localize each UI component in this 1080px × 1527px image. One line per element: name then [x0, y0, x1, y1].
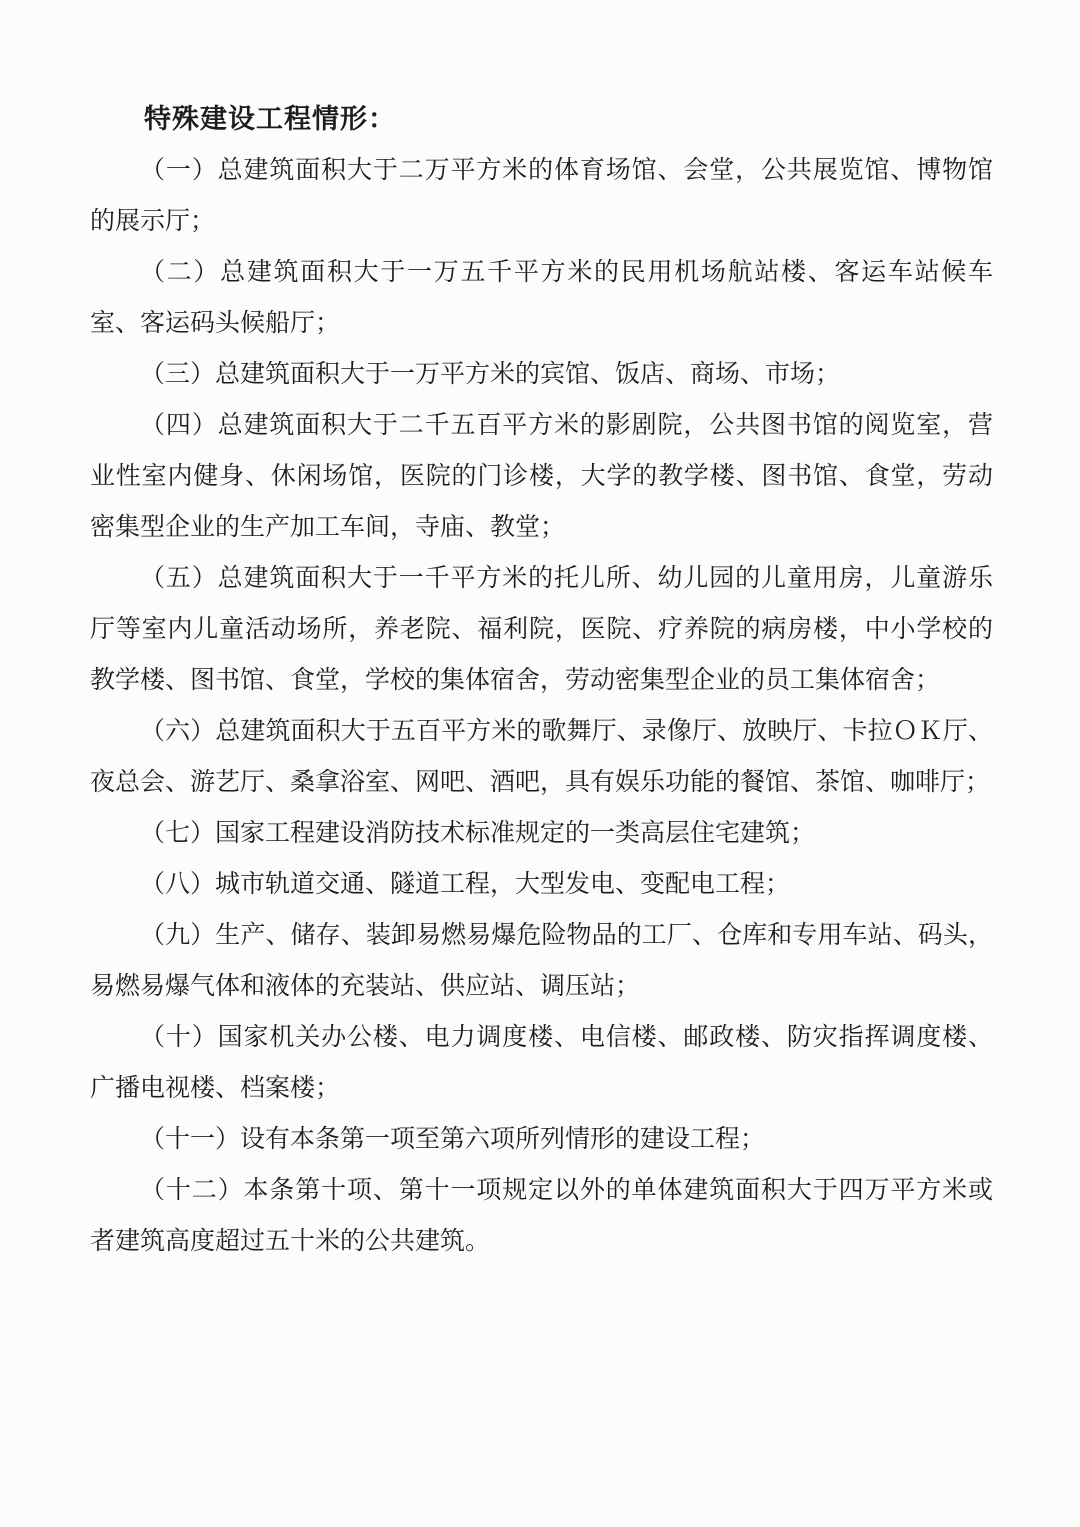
- clause-line: 业性室内健身、休闲场馆，医院的门诊楼，大学的教学楼、图书馆、食堂，劳动: [90, 451, 993, 502]
- clause-2: （二）总建筑面积大于一万五千平方米的民用机场航站楼、客运车站候车 室、客运码头候…: [90, 247, 993, 349]
- clause-line: 的展示厅；: [90, 196, 993, 247]
- clause-line: 者建筑高度超过五十米的公共建筑。: [90, 1216, 993, 1267]
- clause-6: （六）总建筑面积大于五百平方米的歌舞厅、录像厅、放映厅、卡拉ＯＫ厅、 夜总会、游…: [90, 706, 993, 808]
- clause-line: （十）国家机关办公楼、电力调度楼、电信楼、邮政楼、防灾指挥调度楼、: [90, 1012, 993, 1063]
- clause-line: （十一）设有本条第一项至第六项所列情形的建设工程；: [90, 1114, 993, 1165]
- clause-line: （一）总建筑面积大于二万平方米的体育场馆、会堂，公共展览馆、博物馆: [90, 145, 993, 196]
- clause-line: （八）城市轨道交通、隧道工程，大型发电、变配电工程；: [90, 859, 993, 910]
- clause-line: 教学楼、图书馆、食堂，学校的集体宿舍，劳动密集型企业的员工集体宿舍；: [90, 655, 993, 706]
- clause-line: （十二）本条第十项、第十一项规定以外的单体建筑面积大于四万平方米或: [90, 1165, 993, 1216]
- clause-line: （二）总建筑面积大于一万五千平方米的民用机场航站楼、客运车站候车: [90, 247, 993, 298]
- clause-9: （九）生产、储存、装卸易燃易爆危险物品的工厂、仓库和专用车站、码头， 易燃易爆气…: [90, 910, 993, 1012]
- clause-12: （十二）本条第十项、第十一项规定以外的单体建筑面积大于四万平方米或 者建筑高度超…: [90, 1165, 993, 1267]
- document-heading: 特殊建设工程情形：: [90, 94, 993, 145]
- clause-10: （十）国家机关办公楼、电力调度楼、电信楼、邮政楼、防灾指挥调度楼、 广播电视楼、…: [90, 1012, 993, 1114]
- clause-line: 厅等室内儿童活动场所，养老院、福利院，医院、疗养院的病房楼，中小学校的: [90, 604, 993, 655]
- clause-11: （十一）设有本条第一项至第六项所列情形的建设工程；: [90, 1114, 993, 1165]
- clause-line: （九）生产、储存、装卸易燃易爆危险物品的工厂、仓库和专用车站、码头，: [90, 910, 993, 961]
- clause-5: （五）总建筑面积大于一千平方米的托儿所、幼儿园的儿童用房，儿童游乐 厅等室内儿童…: [90, 553, 993, 706]
- clause-line: 夜总会、游艺厅、桑拿浴室、网吧、酒吧，具有娱乐功能的餐馆、茶馆、咖啡厅；: [90, 757, 993, 808]
- clause-line: 易燃易爆气体和液体的充装站、供应站、调压站；: [90, 961, 993, 1012]
- clause-line: 室、客运码头候船厅；: [90, 298, 993, 349]
- clause-line: （四）总建筑面积大于二千五百平方米的影剧院，公共图书馆的阅览室，营: [90, 400, 993, 451]
- clause-line: （六）总建筑面积大于五百平方米的歌舞厅、录像厅、放映厅、卡拉ＯＫ厅、: [90, 706, 993, 757]
- clause-7: （七）国家工程建设消防技术标准规定的一类高层住宅建筑；: [90, 808, 993, 859]
- clause-3: （三）总建筑面积大于一万平方米的宾馆、饭店、商场、市场；: [90, 349, 993, 400]
- clause-4: （四）总建筑面积大于二千五百平方米的影剧院，公共图书馆的阅览室，营 业性室内健身…: [90, 400, 993, 553]
- clause-line: （五）总建筑面积大于一千平方米的托儿所、幼儿园的儿童用房，儿童游乐: [90, 553, 993, 604]
- clause-8: （八）城市轨道交通、隧道工程，大型发电、变配电工程；: [90, 859, 993, 910]
- clause-line: 广播电视楼、档案楼；: [90, 1063, 993, 1114]
- clause-line: 密集型企业的生产加工车间，寺庙、教堂；: [90, 502, 993, 553]
- clause-line: （七）国家工程建设消防技术标准规定的一类高层住宅建筑；: [90, 808, 993, 859]
- document-page: 特殊建设工程情形： （一）总建筑面积大于二万平方米的体育场馆、会堂，公共展览馆、…: [0, 0, 1080, 1527]
- clause-line: （三）总建筑面积大于一万平方米的宾馆、饭店、商场、市场；: [90, 349, 993, 400]
- clause-1: （一）总建筑面积大于二万平方米的体育场馆、会堂，公共展览馆、博物馆 的展示厅；: [90, 145, 993, 247]
